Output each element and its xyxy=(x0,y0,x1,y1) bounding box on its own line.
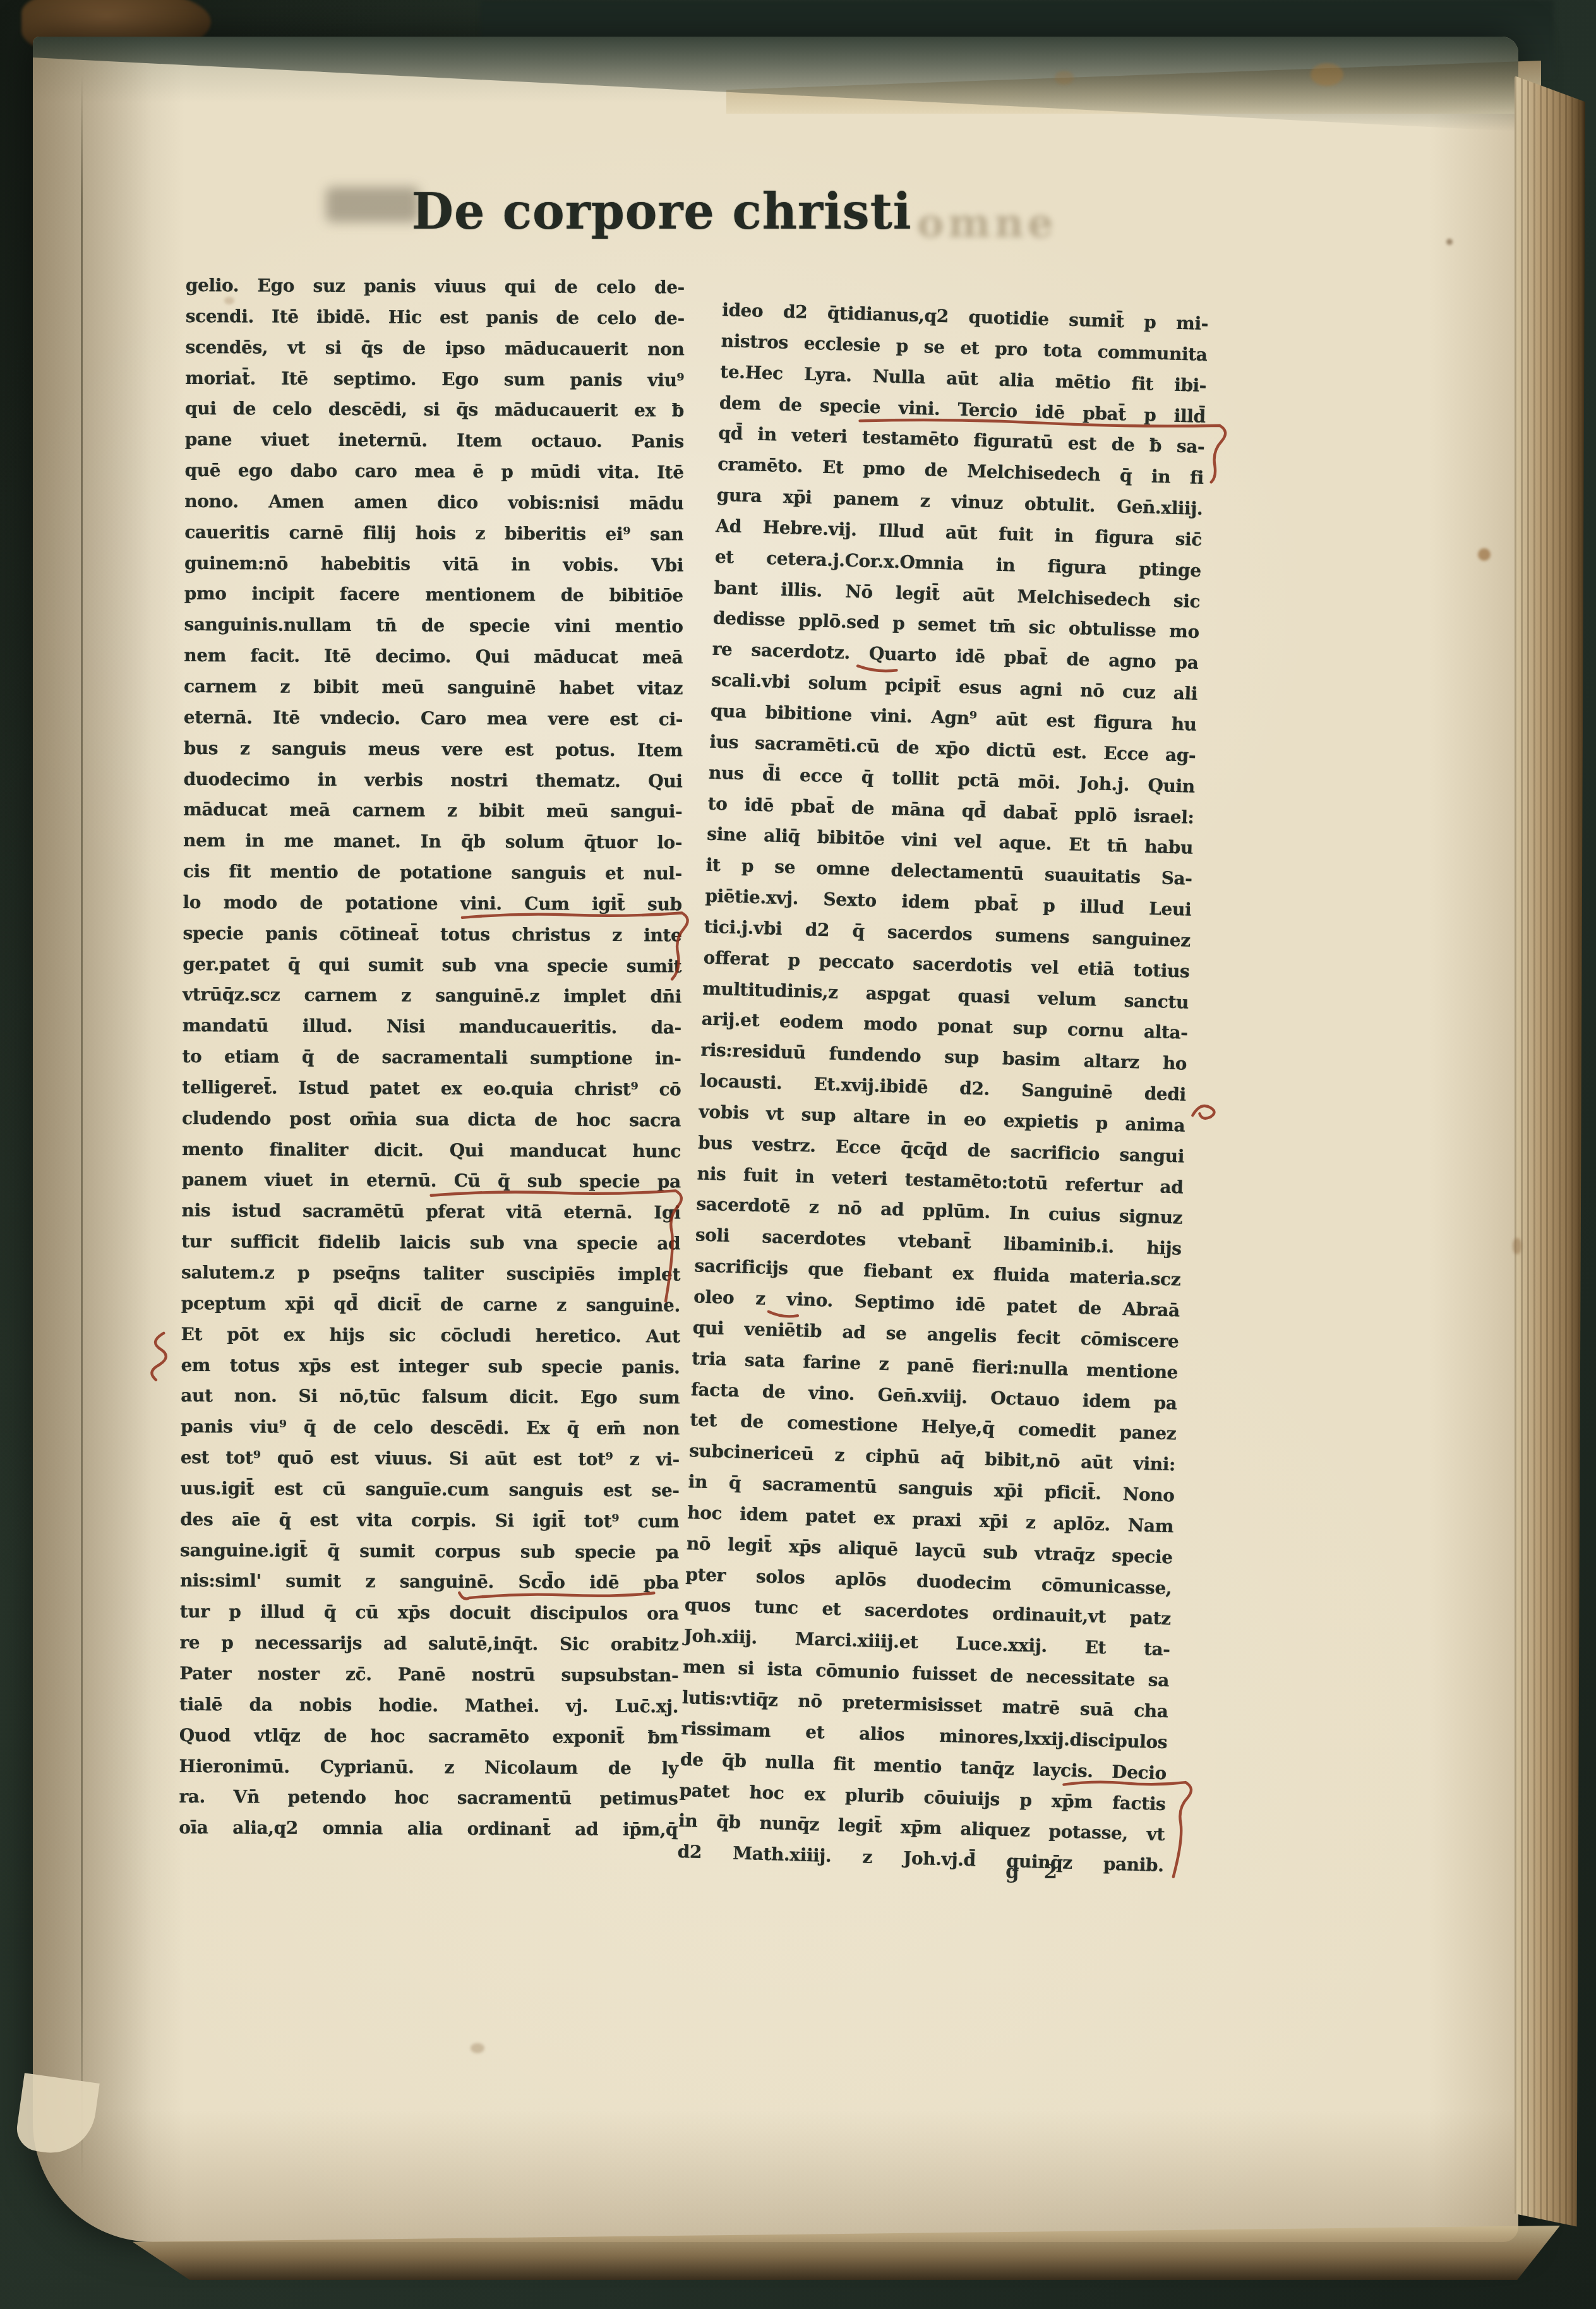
text-line: gelio. Ego suz panis viuus qui de celo d… xyxy=(186,270,685,303)
stain xyxy=(1478,548,1491,561)
text-line: mento finaliter dicit. Qui manducat hunc xyxy=(182,1134,681,1167)
text-column-left: gelio. Ego suz panis viuus qui de celo d… xyxy=(179,270,685,1849)
text-line: to etiam q̄ de sacramentali sumptione in… xyxy=(182,1041,681,1074)
scanned-book-photo: { "page": { "header": "De corpore christ… xyxy=(0,0,1596,2309)
text-line: nis:siml' sumit z sanguinē. Scd̄o idē pb… xyxy=(180,1566,679,1598)
text-line: lo modo de potatione vini. Cum igit̄ sub xyxy=(183,887,682,920)
text-line: mandatū illud. Nisi manducaueritis. da- xyxy=(183,1011,681,1043)
text-line: vtrūq̄z.scz carnem z sanguinē.z implet d… xyxy=(183,980,681,1012)
running-title: De corpore christi xyxy=(412,182,912,241)
bleedthrough-text: omne xyxy=(917,200,1057,247)
stain xyxy=(1513,1238,1521,1254)
text-line: ra. Vn̄ petendo hoc sacramentū petimus xyxy=(179,1782,678,1814)
text-line: Hieronimū. Cyprianū. z Nicolaum de ly xyxy=(179,1751,678,1784)
gutter-shadow xyxy=(33,37,184,2242)
text-line: des aīe q̄ est vita corpis. Si igit̄ tot… xyxy=(180,1504,679,1537)
text-line: Quod vtlq̄z de hoc sacramēto exponit̄ ƀm xyxy=(179,1720,678,1753)
text-line: aut non. Si nō,tūc falsum dicit. Ego sum xyxy=(181,1381,680,1413)
text-line: tur sufficit fidelib laicis sub vna spec… xyxy=(181,1226,680,1259)
page-block-fore-edge xyxy=(1515,76,1585,2248)
gutter-crease xyxy=(81,76,83,2179)
text-line: panem viuet in eternū. Cū q̄ sub specie … xyxy=(182,1165,681,1197)
text-line: tialē da nobis hodie. Mathei. vj. Luc̄.x… xyxy=(179,1689,678,1722)
text-line: eternā. Itē vndecio. Caro mea vere est c… xyxy=(184,702,683,735)
text-line: pmo incipit facere mentionem de bibitiōe xyxy=(184,579,683,611)
text-line: pceptum xp̄i qd̄ dicit̄ de carne z sangu… xyxy=(181,1288,680,1321)
text-line: ger.patet q̄ qui sumit sub vna specie su… xyxy=(183,949,681,982)
text-line: specie panis cōtineat̄ totus christus z … xyxy=(183,918,681,951)
text-column-right: ideo d2 q̄tidianus,q2 quotidie sumit̄ p … xyxy=(677,295,1209,1885)
text-line: telligeret̄. Istud patet ex eo.quia chri… xyxy=(182,1072,681,1105)
text-line: nem facit. Itē decimo. Qui māducat meā xyxy=(184,640,683,673)
text-line: cludendo post om̄ia sua dicta de hoc sac… xyxy=(182,1103,681,1136)
text-line: re p necessarijs ad salutē,inq̄t. Sic or… xyxy=(179,1628,678,1660)
text-line: est tot⁹ quō est viuus. Si aūt est tot⁹ … xyxy=(181,1442,680,1475)
text-line: sanguine.igit̄ q̄ sumit corpus sub speci… xyxy=(180,1535,679,1568)
text-line: cis fit mentio de potatione sanguis et n… xyxy=(183,856,682,889)
text-line: nis istud sacramētū pferat vitā eternā. … xyxy=(181,1196,680,1228)
text-line: scendēs, vt si q̄s de ipso māducauerit n… xyxy=(185,332,684,365)
text-line: salutem.z p pseq̄ns taliter suscipiēs im… xyxy=(181,1257,680,1290)
text-line: panis viu⁹ q̄ de celo descēdi. Ex q̄ em̄… xyxy=(181,1412,680,1444)
text-line: tur p illud q̄ cū xp̄s docuit discipulos… xyxy=(180,1597,679,1629)
text-line: Et pōt ex hijs sic cōcludi heretico. Aut xyxy=(181,1319,680,1352)
text-line: carnem z bibit meū sanguinē habet vitaz xyxy=(184,671,683,704)
text-line: nono. Amen amen dico vobis:nisi mādu xyxy=(184,486,683,519)
text-line: uus.igit̄ est cū sanguīe.cum sanguis est… xyxy=(180,1473,679,1506)
text-line: em totus xp̄s est integer sub specie pan… xyxy=(181,1350,680,1383)
text-line: scendi. Itē ibidē. Hic est panis de celo… xyxy=(186,301,685,334)
stain xyxy=(1055,71,1074,85)
text-line: pane viuet ineternū. Item octauo. Panis xyxy=(185,424,684,457)
text-line: duodecimo in verbis nostri thematz. Qui xyxy=(183,764,682,796)
text-line: quē ego dabo caro mea ē p mūdi vita. Itē xyxy=(185,455,684,488)
text-line: oīa alia,q2 omnia alia ordinant̄ ad ip̄m… xyxy=(179,1813,678,1845)
bleedthrough-smudge xyxy=(326,187,419,222)
stain xyxy=(1311,63,1343,86)
text-line: bus z sanguis meus vere est potus. Item xyxy=(184,733,683,766)
text-line: caueritis carnē filij hois z biberitis e… xyxy=(184,517,683,550)
stain xyxy=(471,2043,484,2053)
text-line: Pater noster zc̄. Panē nostrū supsubstan… xyxy=(179,1658,678,1691)
text-line: sanguinis.nullam tn̄ de specie vini ment… xyxy=(184,609,683,642)
text-line: nem in me manet. In q̄b solum q̄tuor lo- xyxy=(183,825,682,858)
text-line: māducat meā carnem z bibit meū sangui- xyxy=(183,795,682,827)
quire-signature: g 2 xyxy=(1005,1861,1066,1883)
text-line: qui de celo descēdi, si q̄s māducauerit … xyxy=(185,393,684,426)
text-line: moriat̄. Itē septimo. Ego sum panis viu⁹ xyxy=(185,363,684,396)
text-line: guinem:nō habebitis vitā in vobis. Vbi xyxy=(184,548,683,581)
stain xyxy=(1446,239,1453,245)
